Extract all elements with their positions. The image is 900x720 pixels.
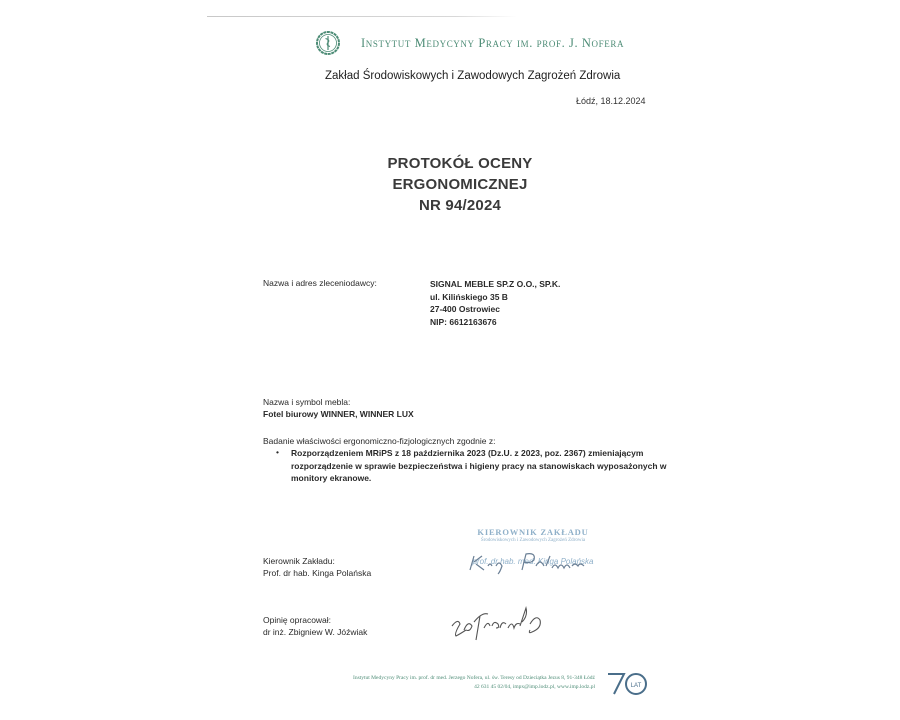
letterhead: Instytut Medycyny Pracy im. prof. J. Nof… (315, 28, 624, 58)
footer-line-2: 42 631 45 02/04, impx@imp.lodz.pl, www.i… (275, 683, 595, 692)
manager-signature-icon (460, 548, 600, 576)
regulation-text: Rozporządzeniem MRiPS z 18 października … (291, 447, 671, 485)
svg-text:LAT: LAT (631, 683, 642, 689)
furniture-label: Nazwa i symbol mebla: (263, 397, 350, 407)
client-city: 27-400 Ostrowiec (430, 303, 560, 316)
study-label: Badanie właściwości ergonomiczno-fizjolo… (263, 436, 495, 446)
title-line-1: PROTOKÓŁ OCENY (360, 153, 560, 174)
bullet-icon: • (276, 447, 288, 457)
department-name: Zakład Środowiskowych i Zawodowych Zagro… (325, 70, 620, 82)
author-label: Opinię opracował: (263, 615, 331, 625)
author-name: dr inż. Zbigniew W. Jóźwiak (263, 627, 367, 637)
stamp-subtitle: Środowiskowych i Zawodowych Zagrożeń Zdr… (448, 538, 618, 543)
title-line-2: ERGONOMICZNEJ (360, 174, 560, 195)
stamp-title: KIEROWNIK ZAKŁADU (448, 527, 618, 537)
caduceus-seal-icon (315, 30, 341, 56)
institute-name: Instytut Medycyny Pracy im. prof. J. Nof… (361, 36, 624, 51)
footer-line-1: Instytut Medycyny Pracy im. prof. dr med… (275, 674, 595, 683)
manager-label: Kierownik Zakładu: (263, 556, 335, 566)
footer-address: Instytut Medycyny Pracy im. prof. dr med… (275, 674, 595, 692)
scan-edge-line (207, 16, 517, 17)
client-details: SIGNAL MEBLE SP.Z O.O., SP.K. ul. Kilińs… (430, 278, 560, 328)
document-date: Łódź, 18.12.2024 (576, 96, 646, 106)
title-line-3: NR 94/2024 (360, 195, 560, 216)
client-name: SIGNAL MEBLE SP.Z O.O., SP.K. (430, 278, 560, 291)
document-page: Instytut Medycyny Pracy im. prof. J. Nof… (0, 0, 900, 720)
client-street: ul. Kilińskiego 35 B (430, 291, 560, 304)
document-title: PROTOKÓŁ OCENY ERGONOMICZNEJ NR 94/2024 (360, 153, 560, 216)
furniture-value: Fotel biurowy WINNER, WINNER LUX (263, 409, 414, 419)
client-label: Nazwa i adres zleceniodawcy: (263, 278, 377, 288)
70-years-logo-icon: LAT (606, 668, 652, 696)
manager-name: Prof. dr hab. Kinga Polańska (263, 568, 371, 578)
author-signature-icon (448, 602, 558, 642)
client-nip: NIP: 6612163676 (430, 316, 560, 329)
